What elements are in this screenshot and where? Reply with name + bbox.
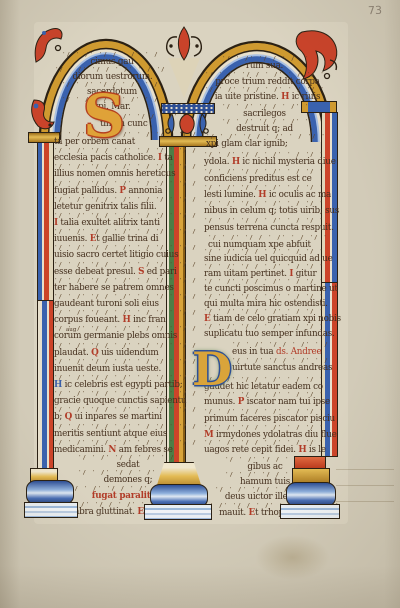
text-line: '/ ' /' '/ / ' /' ' / '/ ' '/ / '' / ' /… [232, 358, 332, 374]
text-line: '/ ' /' '/ / ' /' ' / '/ ' '/ / '' / ' /… [204, 309, 330, 325]
text-line: '/ ' /' '/ / ' /' ' / '/ ' '/ / '' / ' /… [54, 132, 198, 148]
text-line: '/ ' /' '/ / ' /' ' / '/ ' '/ / '' / ' /… [206, 134, 328, 150]
text-line: '/ ' /' '/ / ' /' ' / '/ ' '/ / '' / ' /… [205, 72, 330, 88]
text-line-content: iuuenis. Et gallie trina di [54, 235, 198, 245]
text-line: '/ ' /' '/ / ' /' ' / '/ ' '/ / '' / ' /… [54, 359, 198, 375]
illuminated-initial-s: S [83, 86, 125, 146]
text-line-content: plaudat. Q uis uidendum [54, 349, 198, 359]
text-line: '/ ' /' '/ / ' /' ' / '/ ' '/ / '' / ' /… [54, 407, 198, 423]
text-line: '/ ' /' '/ / ' /' ' / '/ ' '/ / '' / ' /… [54, 229, 198, 245]
top-left-foliage-ornament [35, 29, 62, 62]
text-line: '/ ' /' '/ / ' /' ' / '/ ' '/ / '' / ' /… [54, 213, 198, 229]
text-line: '/ ' /' '/ / ' /' ' / '/ ' '/ / '' / ' /… [204, 218, 328, 234]
left-base-plinth [24, 502, 78, 518]
text-line-content: illius nomen omnis hereticus [54, 170, 198, 180]
text-line-content: ecclesia pacis catholice. I ta [54, 154, 198, 164]
text-line-content: corum germanie plebs omnis [54, 332, 198, 342]
text-line-content: uirtute sanctus andreas [232, 364, 332, 374]
text-line-content: rum sua. [222, 62, 307, 72]
text-line: '/ ' /' '/ / ' /' ' / '/ ' '/ / '' / ' /… [54, 148, 198, 164]
text-line-content: ia uite pristine. H ic riuis [205, 93, 330, 103]
text-line: '/ ' /' '/ / ' /' ' / '/ ' '/ / '' / ' /… [205, 87, 330, 103]
center-base-plinth [144, 504, 212, 520]
text-line-content: pensus terrena cuncta respuit. [204, 224, 328, 234]
text-line-content: esse debeat presul. S ed pari [54, 268, 198, 278]
text-line: '/ ' /' '/ / ' /' ' / '/ ' '/ / '' / ' /… [204, 440, 328, 456]
manuscript-page: 73 [0, 0, 400, 608]
text-line-content: b; Q ui inpares se martini [54, 413, 198, 423]
text-line: '/ ' /' '/ / ' /' ' / '/ ' '/ / '' / ' /… [204, 425, 330, 441]
text-line-content: inuenit deum iusta ueste. [54, 365, 198, 375]
text-line: '/ ' /' '/ / ' /' ' / '/ ' '/ / '' / ' /… [204, 169, 328, 185]
top-center-palmette-ornament [167, 27, 202, 60]
text-line: '/ ' /' '/ / ' /' ' / '/ ' '/ / '' / ' /… [54, 375, 198, 391]
text-line: '/ ' /' '/ / ' /' ' / '/ ' '/ / '' / ' /… [54, 164, 198, 180]
text-line: '/ ' /' '/ / ' /' ' / '/ ' '/ / '' / ' /… [54, 181, 198, 197]
text-line: '/ ' /' '/ / ' /' ' / '/ ' '/ / '' / ' /… [204, 152, 328, 168]
text-line: '/ ' /' '/ / ' /' ' / '/ ' '/ / '' / ' /… [54, 278, 198, 294]
left-border-column-lower [37, 300, 54, 472]
text-line-content: fugiat pallidus. P annonia [54, 187, 198, 197]
text-line: '/ ' /' '/ / ' /' ' / '/ ' '/ / '' / ' /… [55, 67, 170, 83]
text-line-content: uagos rete cepit fidei. H is le [204, 446, 328, 456]
text-line: '/ ' /' '/ / ' /' ' / '/ ' '/ / '' / ' /… [54, 424, 198, 440]
right-base-plinth [280, 504, 340, 519]
text-line-content: xpi glam clar ignib; [206, 140, 328, 150]
text-line: '/ ' /' '/ / ' /' ' / '/ ' '/ / '' / ' /… [204, 279, 330, 295]
text-line: '/ ' /' '/ / ' /' ' / '/ ' '/ / '' / ' /… [204, 324, 328, 340]
text-line: '/ ' /' '/ / ' /' ' / '/ ' '/ / '' / ' /… [54, 245, 198, 261]
text-line-content: gracie quoque cunctis sapientu [54, 397, 198, 407]
text-line: '/ ' /' '/ / ' /' ' / '/ ' '/ / '' / ' /… [54, 391, 198, 407]
text-line: '/ ' /' '/ / ' /' ' / '/ ' '/ / '' / ' /… [54, 440, 198, 456]
text-line: '/ ' /' '/ / ' /' ' / '/ ' '/ / '' / ' /… [54, 197, 198, 213]
text-line: '/ ' /' '/ / ' /' ' / '/ ' '/ / '' / ' /… [204, 201, 330, 217]
text-line: '/ ' /' '/ / ' /' ' / '/ ' '/ / '' / ' /… [204, 249, 328, 265]
text-line-content: munus. P iscator nam tui ipse [204, 398, 328, 408]
text-line-content: eus in tua ds. Andree [232, 348, 332, 358]
text-line: '/ ' /' '/ / ' /' ' / '/ ' '/ / '' / ' /… [222, 56, 307, 72]
text-line: '/ ' /' '/ / ' /' ' / '/ ' '/ / '' / ' /… [54, 326, 198, 342]
text-line: '/ ' /' '/ / ' /' ' / '/ ' '/ / '' / ' /… [54, 310, 198, 326]
text-line-content: suplicatu tuo semper infundas. [204, 330, 328, 340]
text-line-content: primum faceres piscator pisciu [204, 415, 330, 425]
text-line: '/ ' /' '/ / ' /' ' / '/ ' '/ / '' / ' /… [62, 52, 162, 68]
text-line: '/ ' /' '/ / ' /' ' / '/ ' '/ / '' / ' /… [204, 264, 328, 280]
text-line: '/ ' /' '/ / ' /' ' / '/ ' '/ / '' / ' /… [232, 342, 332, 358]
text-line: '/ ' /' '/ / ' /' ' / '/ ' '/ / '' / ' /… [222, 104, 307, 120]
text-line-content: nibus in celum q; totis uirib; sus [204, 207, 330, 217]
text-line-content: meritis sentiunt atque eius [54, 430, 198, 440]
text-line: '/ ' /' '/ / ' /' ' / '/ ' '/ / '' / ' /… [204, 294, 328, 310]
text-line-content: lesti lumine. H ic oculis ac ma [204, 191, 328, 201]
text-line: '/ ' /' '/ / ' /' ' / '/ ' '/ / '' / ' /… [54, 294, 198, 310]
illuminated-initial-d: D [192, 344, 232, 394]
text-line-content: letetur genitrix talis filii. [54, 203, 198, 213]
text-line-content: ter habere se patrem omnes [54, 284, 198, 294]
folio-number: 73 [368, 4, 382, 17]
text-line-content: ta per orbem canat [54, 138, 198, 148]
text-line-content: ydola. H ic nichil mysteria diue [204, 158, 328, 168]
text-line-content: H ic celebris est egypti partib; [54, 381, 198, 391]
text-line: '/ ' /' '/ / ' /' ' / '/ ' '/ / '' / ' /… [204, 409, 330, 425]
text-line: '/ ' /' '/ / ' /' ' / '/ ' '/ / '' / ' /… [204, 185, 328, 201]
text-line-content: conficiens preditus est ce [204, 175, 328, 185]
center-capital-abacus [161, 103, 215, 114]
text-line-content: gaudeant turoni soli eius [54, 300, 198, 310]
text-line-content: corpus foueant. H inc fran [54, 316, 198, 326]
text-line: '/ ' /' '/ / ' /' ' / '/ ' '/ / '' / ' /… [222, 119, 307, 135]
text-line-content: I talia exultet alitrix tanti [54, 219, 198, 229]
text-line: '/ ' /' '/ / ' /' ' / '/ ' '/ / '' / ' /… [54, 262, 198, 278]
text-line-content: uisio sacro certet litigio cuius [54, 251, 198, 261]
text-line: '/ ' /' '/ / ' /' ' / '/ ' '/ / '' / ' /… [54, 343, 198, 359]
left-border-column-upper [37, 140, 54, 302]
